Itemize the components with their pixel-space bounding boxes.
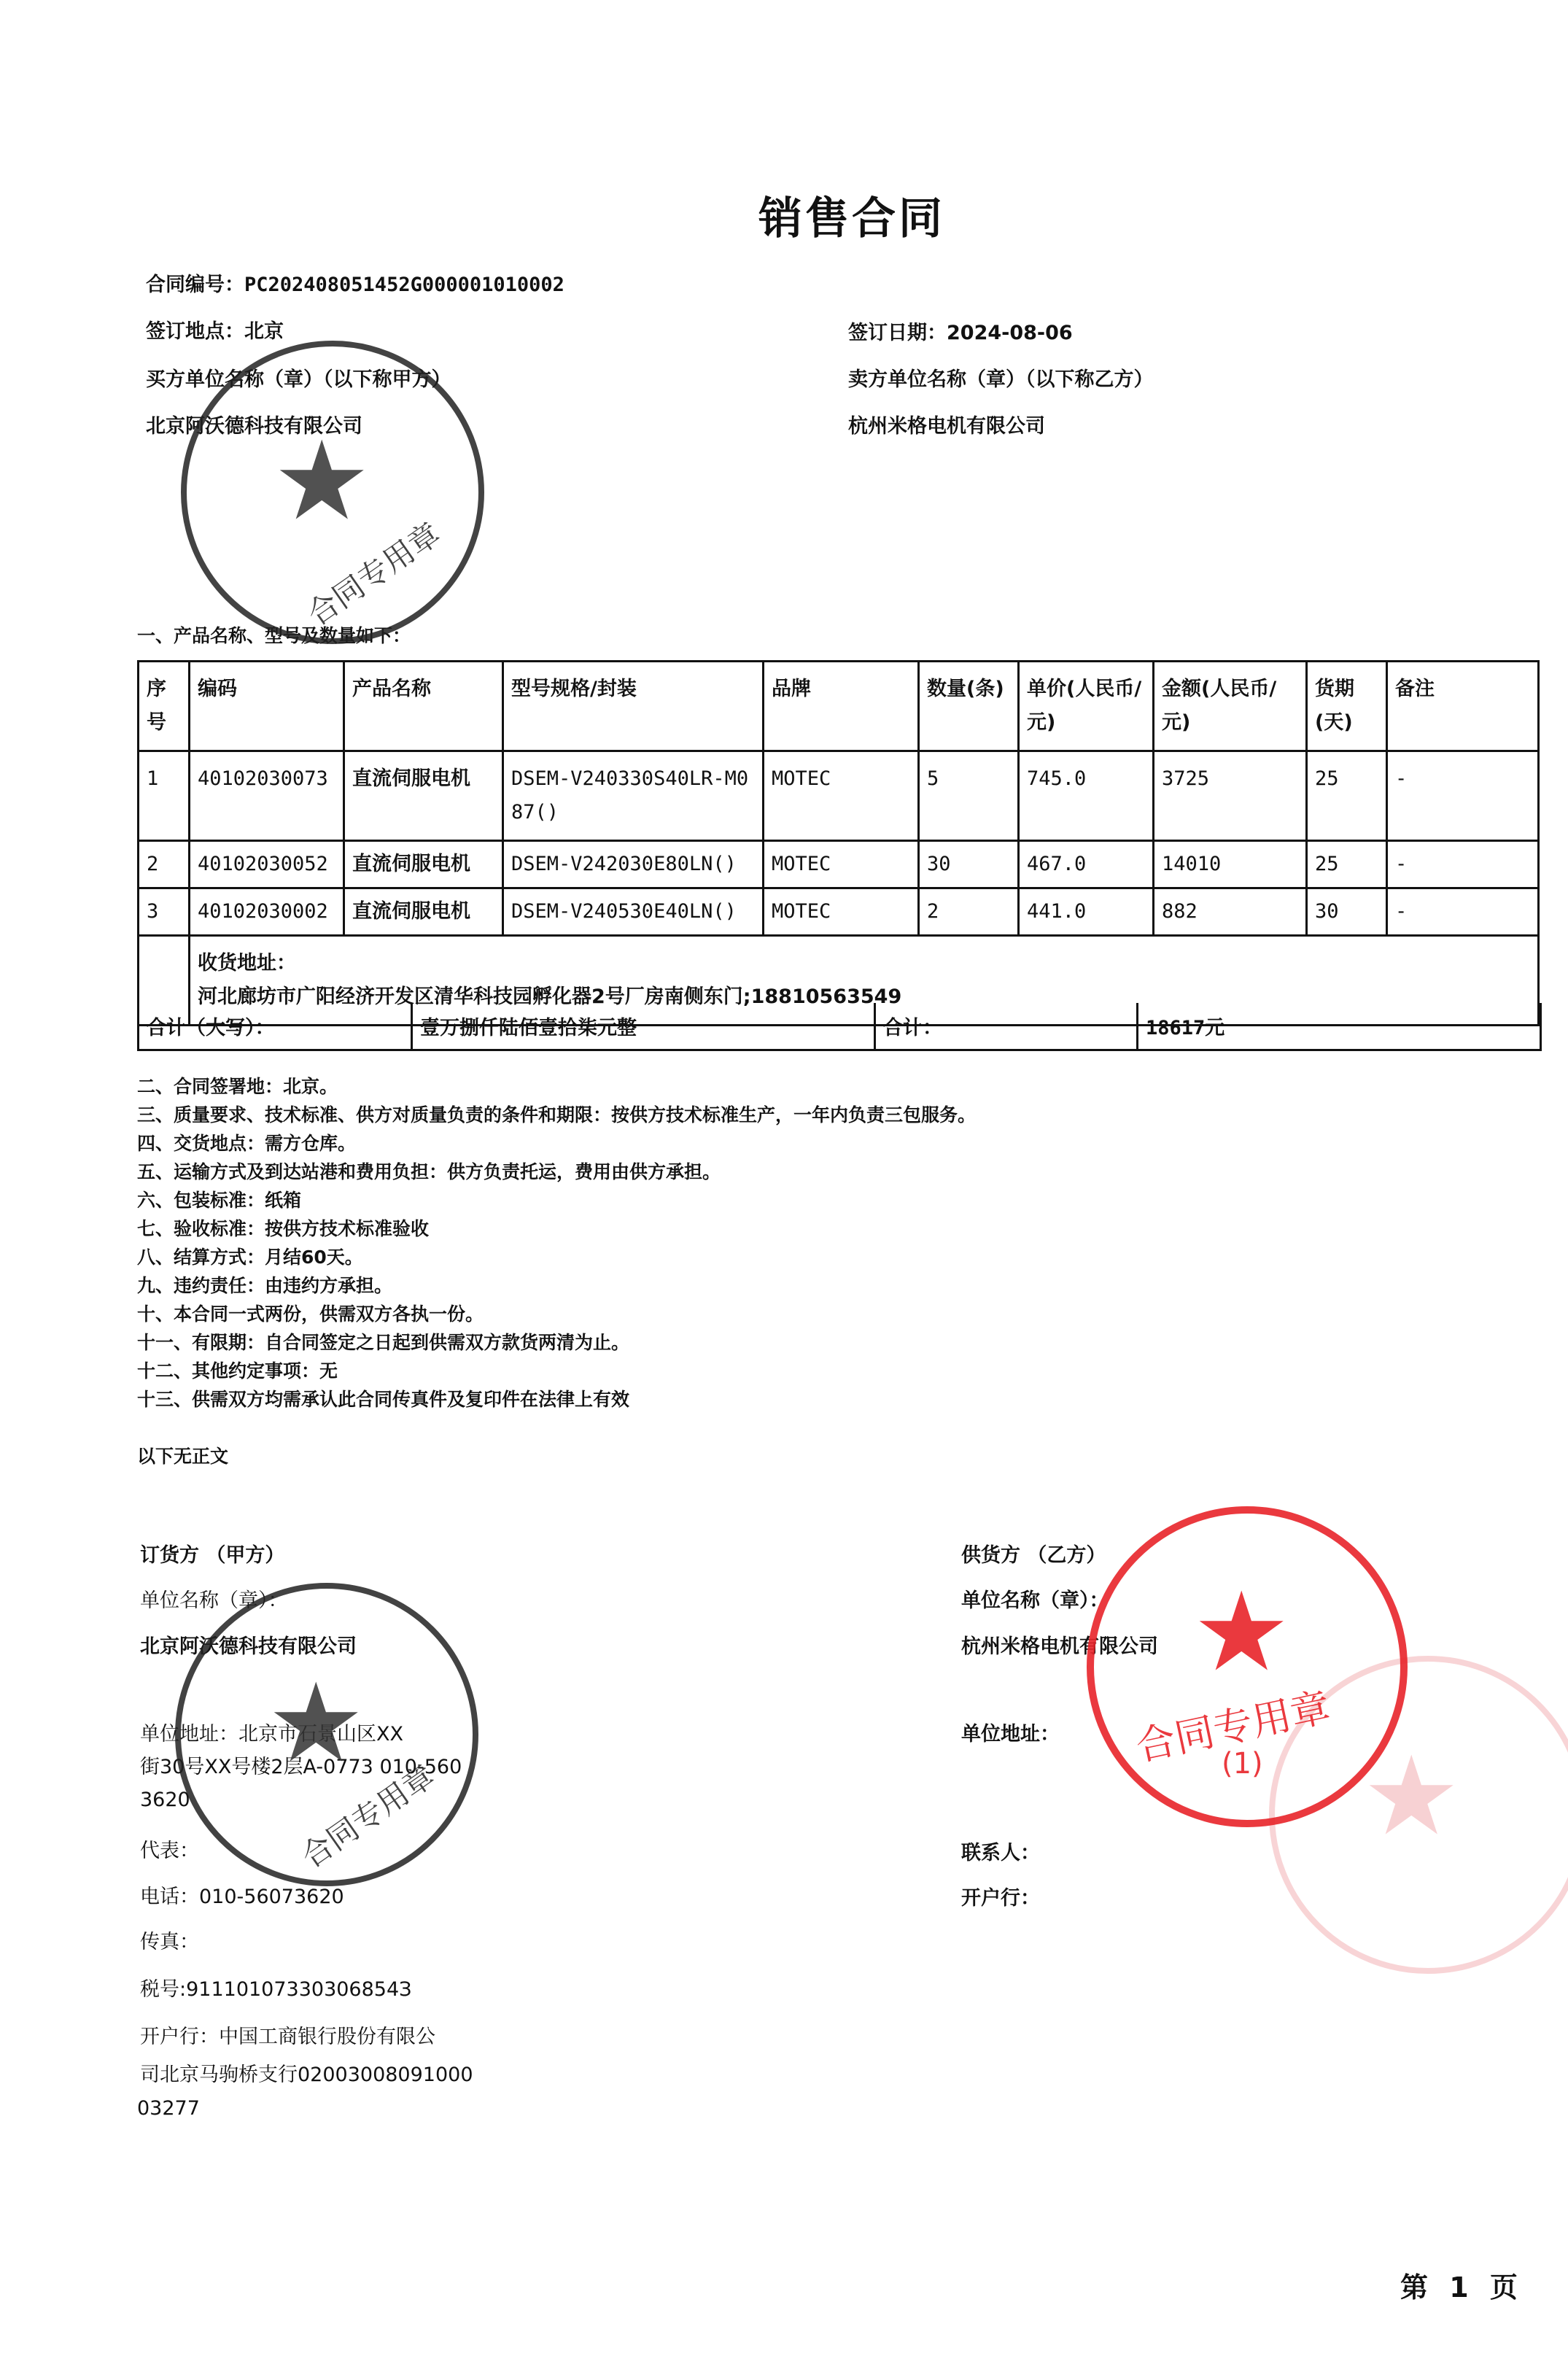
- party-b-heading: 供货方 （乙方）: [961, 1539, 1106, 1568]
- cell-lead-time: 25: [1307, 751, 1387, 841]
- party-a-tax: 税号:91110107330306854З: [140, 1973, 411, 2002]
- party-a-phone-value: 010-56073620: [199, 1886, 344, 1908]
- party-b-unit-name-label: 单位名称（章）：: [961, 1584, 1109, 1613]
- total-row: 合计（大写）： 壹万捌仟陆佰壹拾柒元整 合计： 18617元: [137, 1003, 1542, 1051]
- total-upper-label: 合计（大写）：: [139, 1003, 413, 1049]
- cell-unit-price: 745.0: [1019, 751, 1154, 841]
- cell-qty: 5: [919, 751, 1019, 841]
- party-a-phone-label: 电话：: [140, 1886, 199, 1908]
- cell-amount: 14010: [1154, 841, 1307, 888]
- cell-remark: -: [1387, 751, 1539, 841]
- party-a-address-line3: 3620: [140, 1789, 190, 1811]
- cell-model: DSEM-V242030E80LN(): [503, 841, 764, 888]
- party-a-bank-line1: 中国工商银行股份有限公: [219, 2026, 435, 2048]
- delivery-address-label: 收货地址：: [198, 947, 1530, 980]
- total-label: 合计：: [876, 1003, 1138, 1049]
- cell-amount: 882: [1154, 888, 1307, 936]
- buyer-contract-stamp-bottom: ★ 合同专用章: [175, 1583, 478, 1886]
- cell-model: DSEM-V240530E40LN(): [503, 888, 764, 936]
- party-b-address-label: 单位地址：: [961, 1718, 1060, 1746]
- party-a-bank-label: 开户行：: [140, 2026, 219, 2048]
- buyer-contract-stamp-top: ★ 合同专用章: [181, 341, 484, 644]
- clause-6: 六、包装标准：纸箱: [137, 1186, 976, 1214]
- party-a-fax-label: 传真：: [140, 1926, 199, 1954]
- clauses-list: 二、合同签署地：北京。 三、质量要求、技术标准、供方对质量负责的条件和期限：按供…: [137, 1072, 976, 1414]
- total-value: 18617元: [1138, 1003, 1540, 1049]
- page-number: 第 1 页: [1400, 2265, 1524, 2305]
- col-header-unit-price: 单价(人民币/元): [1019, 662, 1154, 751]
- cell-no: 1: [139, 751, 190, 841]
- clause-11: 十一、有限期：自合同签定之日起到供需双方款货两清为止。: [137, 1328, 976, 1357]
- clause-5: 五、运输方式及到达站港和费用负担：供方负责托运，费用由供方承担。: [137, 1158, 976, 1186]
- cell-unit-price: 467.0: [1019, 841, 1154, 888]
- contract-number-value: PC202408051452G000001010002: [244, 274, 564, 296]
- cell-code: 40102030002: [190, 888, 344, 936]
- cell-code: 40102030073: [190, 751, 344, 841]
- stamp-star-icon: ★: [267, 1669, 365, 1778]
- document-title: 销售合同: [758, 184, 945, 247]
- party-a-bank-line3: 03277: [137, 2097, 200, 2120]
- cell-model: DSEM-V240330S40LR-M087(): [503, 751, 764, 841]
- table-row: 2 40102030052 直流伺服电机 DSEM-V242030E80LN()…: [139, 841, 1539, 888]
- total-upper-value: 壹万捌仟陆佰壹拾柒元整: [413, 1003, 876, 1049]
- cell-name: 直流伺服电机: [344, 751, 503, 841]
- party-a-rep-label: 代表：: [140, 1834, 199, 1863]
- sign-place-value: 北京: [244, 320, 284, 343]
- col-header-name: 产品名称: [344, 662, 503, 751]
- cell-qty: 30: [919, 841, 1019, 888]
- clause-3: 三、质量要求、技术标准、供方对质量负责的条件和期限：按供方技术标准生产，一年内负…: [137, 1101, 976, 1129]
- seller-label: 卖方单位名称（章）（以下称乙方）: [848, 363, 1154, 392]
- cell-remark: -: [1387, 841, 1539, 888]
- cell-lead-time: 25: [1307, 841, 1387, 888]
- stamp-star-icon: ★: [273, 427, 370, 536]
- clause-7: 七、验收标准：按供方技术标准验收: [137, 1214, 976, 1243]
- cell-remark: -: [1387, 888, 1539, 936]
- cell-brand: MOTEC: [764, 888, 919, 936]
- cell-brand: MOTEC: [764, 841, 919, 888]
- seller-contract-stamp: ★ 合同专用章 (1): [1087, 1506, 1408, 1827]
- cell-brand: MOTEC: [764, 751, 919, 841]
- col-header-brand: 品牌: [764, 662, 919, 751]
- col-header-qty: 数量(条): [919, 662, 1019, 751]
- table-header-row: 序号 编码 产品名称 型号规格/封装 品牌 数量(条) 单价(人民币/元) 金额…: [139, 662, 1539, 751]
- party-a-bank: 开户行：中国工商银行股份有限公: [140, 2021, 435, 2049]
- cell-code: 40102030052: [190, 841, 344, 888]
- seller-name: 杭州米格电机有限公司: [848, 410, 1045, 438]
- party-a-tax-label: 税号:: [140, 1978, 186, 2001]
- contract-number: 合同编号：PC202408051452G000001010002: [146, 268, 564, 297]
- clause-8: 八、结算方式：月结60天。: [137, 1243, 976, 1271]
- col-header-lead-time: 货期(天): [1307, 662, 1387, 751]
- cell-no: 2: [139, 841, 190, 888]
- cell-name: 直流伺服电机: [344, 888, 503, 936]
- cell-amount: 3725: [1154, 751, 1307, 841]
- clause-9: 九、违约责任：由违约方承担。: [137, 1271, 976, 1300]
- party-a-bank-line2: 司北京马驹桥支行02003008091000: [140, 2058, 473, 2087]
- clause-13: 十三、供需双方均需承认此合同传真件及复印件在法律上有效: [137, 1385, 976, 1414]
- contract-number-label: 合同编号：: [146, 274, 244, 296]
- cell-lead-time: 30: [1307, 888, 1387, 936]
- table-row: 1 40102030073 直流伺服电机 DSEM-V240330S40LR-M…: [139, 751, 1539, 841]
- party-b-contact-label: 联系人：: [961, 1837, 1040, 1865]
- party-a-heading: 订货方 （甲方）: [140, 1539, 284, 1568]
- sign-date-value: 2024-08-06: [947, 322, 1073, 344]
- clause-10: 十、本合同一式两份，供需双方各执一份。: [137, 1300, 976, 1328]
- col-header-remark: 备注: [1387, 662, 1539, 751]
- party-a-tax-value: 91110107330306854З: [186, 1978, 411, 2001]
- table-row: 3 40102030002 直流伺服电机 DSEM-V240530E40LN()…: [139, 888, 1539, 936]
- sign-place-label: 签订地点：: [146, 320, 244, 343]
- clause-2: 二、合同签署地：北京。: [137, 1072, 976, 1101]
- col-header-code: 编码: [190, 662, 344, 751]
- product-table: 序号 编码 产品名称 型号规格/封装 品牌 数量(条) 单价(人民币/元) 金额…: [137, 660, 1540, 1026]
- clause-4: 四、交货地点：需方仓库。: [137, 1129, 976, 1158]
- clause-12: 十二、其他约定事项：无: [137, 1357, 976, 1385]
- cell-unit-price: 441.0: [1019, 888, 1154, 936]
- sign-date-label: 签订日期：: [848, 322, 947, 344]
- stamp-sub-text: (1): [1222, 1747, 1263, 1781]
- sign-date: 签订日期：2024-08-06: [848, 317, 1073, 345]
- col-header-no: 序号: [139, 662, 190, 751]
- end-note: 以下无正文: [137, 1442, 228, 1468]
- col-header-amount: 金额(人民币/元): [1154, 662, 1307, 751]
- sign-place: 签订地点：北京: [146, 315, 284, 344]
- party-b-bank-label: 开户行：: [961, 1882, 1040, 1910]
- stamp-star-icon: ★: [1192, 1578, 1290, 1687]
- cell-name: 直流伺服电机: [344, 841, 503, 888]
- cell-no: 3: [139, 888, 190, 936]
- cell-qty: 2: [919, 888, 1019, 936]
- col-header-model: 型号规格/封装: [503, 662, 764, 751]
